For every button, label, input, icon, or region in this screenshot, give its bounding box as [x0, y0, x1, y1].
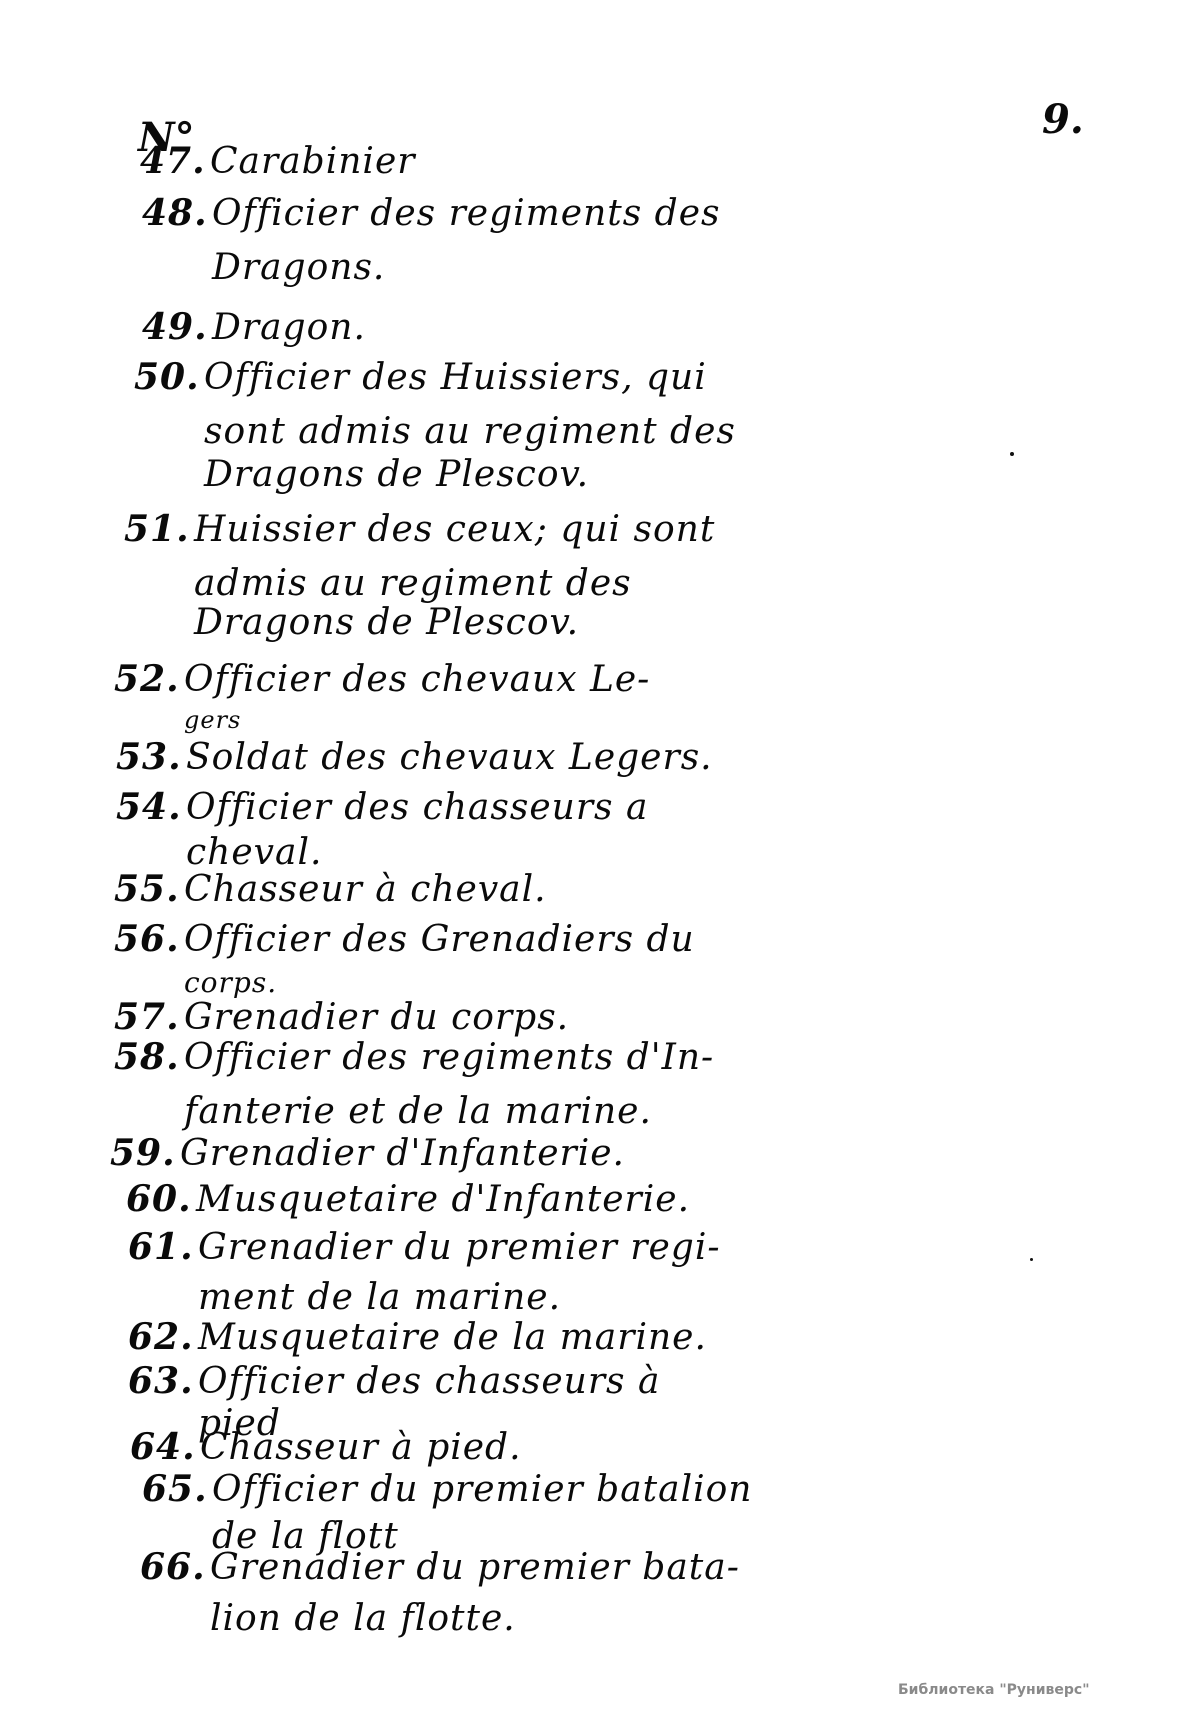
entry-50: 50.Officier des Huissiers, qui sont admi… — [134, 350, 736, 459]
ink-speck — [1010, 452, 1014, 456]
entry-51-line3: Dragons de Plescov. — [124, 596, 579, 650]
entry-number: 66. — [140, 1540, 210, 1594]
entry-number: 51. — [124, 502, 194, 556]
entry-number: 52. — [114, 652, 184, 706]
entry-number: 63. — [128, 1354, 198, 1408]
ink-speck — [1030, 1258, 1033, 1261]
entry-text: Officier des chevaux Le- — [184, 659, 650, 700]
entry-text: Chasseur à cheval. — [184, 869, 547, 910]
entry-text: Grenadier d'Infanterie. — [180, 1133, 625, 1174]
entry-number: 56. — [114, 912, 184, 966]
entry-text: Officier des Huissiers, qui — [204, 357, 707, 398]
entry-58: 58.Officier des regiments d'In- fanterie… — [114, 1030, 714, 1139]
entry-text: Officier des chasseurs a — [186, 787, 648, 828]
entry-number: 53. — [116, 730, 186, 784]
entry-text: Officier des regiments des — [212, 193, 720, 234]
entry-continuation: Dragons de Plescov. — [134, 448, 589, 502]
entry-number: 55. — [114, 862, 184, 916]
entry-number: 61. — [128, 1220, 198, 1274]
entry-55: 55.Chasseur à cheval. — [114, 862, 547, 917]
entry-number: 48. — [142, 186, 212, 240]
entry-56: 56.Officier des Grenadiers du corps. — [114, 912, 695, 999]
library-watermark: Библиотека "Руниверс" — [898, 1682, 1090, 1698]
entry-number: 49. — [142, 300, 212, 354]
entry-text: Officier des Grenadiers du — [184, 919, 695, 960]
entry-text: Soldat des chevaux Legers. — [186, 737, 713, 778]
entry-continuation: Dragons de Plescov. — [124, 596, 579, 650]
entry-text: Musquetaire d'Infanterie. — [196, 1179, 690, 1220]
entry-text: Officier des chasseurs à — [198, 1361, 660, 1402]
entry-number: 54. — [116, 780, 186, 834]
entry-61: 61.Grenadier du premier regi- ment de la… — [128, 1220, 721, 1321]
manuscript-page: 9. N° 47.Carabinier 48.Officier des regi… — [0, 0, 1200, 1735]
entry-text: Dragon. — [212, 307, 366, 348]
entry-47: 47.Carabinier — [140, 134, 415, 189]
entry-number: 58. — [114, 1030, 184, 1084]
page-number: 9. — [1042, 96, 1084, 143]
entry-text: Musquetaire de la marine. — [198, 1317, 707, 1358]
entry-continuation: Dragons. — [142, 241, 720, 295]
entry-text: Carabinier — [210, 141, 415, 182]
entry-50-line3: Dragons de Plescov. — [134, 448, 589, 502]
entry-text: Officier du premier batalion — [212, 1469, 752, 1510]
entry-number: 50. — [134, 350, 204, 404]
entry-number: 47. — [140, 134, 210, 188]
entry-66: 66.Grenadier du premier bata- lion de la… — [140, 1540, 740, 1643]
entry-number: 60. — [126, 1172, 196, 1226]
entry-51: 51.Huissier des ceux; qui sont admis au … — [124, 502, 715, 611]
entry-48: 48.Officier des regiments des Dragons. — [142, 186, 720, 295]
entry-60: 60.Musquetaire d'Infanterie. — [126, 1172, 690, 1227]
entry-text: Officier des regiments d'In- — [184, 1037, 714, 1078]
entry-continuation: lion de la flotte. — [140, 1595, 740, 1643]
entry-number: 65. — [142, 1462, 212, 1516]
entry-53: 53.Soldat des chevaux Legers. — [116, 730, 713, 785]
entry-text: Grenadier du premier bata- — [210, 1547, 740, 1588]
entry-52: 52.Officier des chevaux Le- gers — [114, 652, 650, 733]
entry-text: Grenadier du premier regi- — [198, 1227, 721, 1268]
entry-text: Huissier des ceux; qui sont — [194, 509, 715, 550]
entry-54: 54.Officier des chasseurs a cheval. — [116, 780, 648, 871]
entry-49: 49.Dragon. — [142, 300, 366, 355]
